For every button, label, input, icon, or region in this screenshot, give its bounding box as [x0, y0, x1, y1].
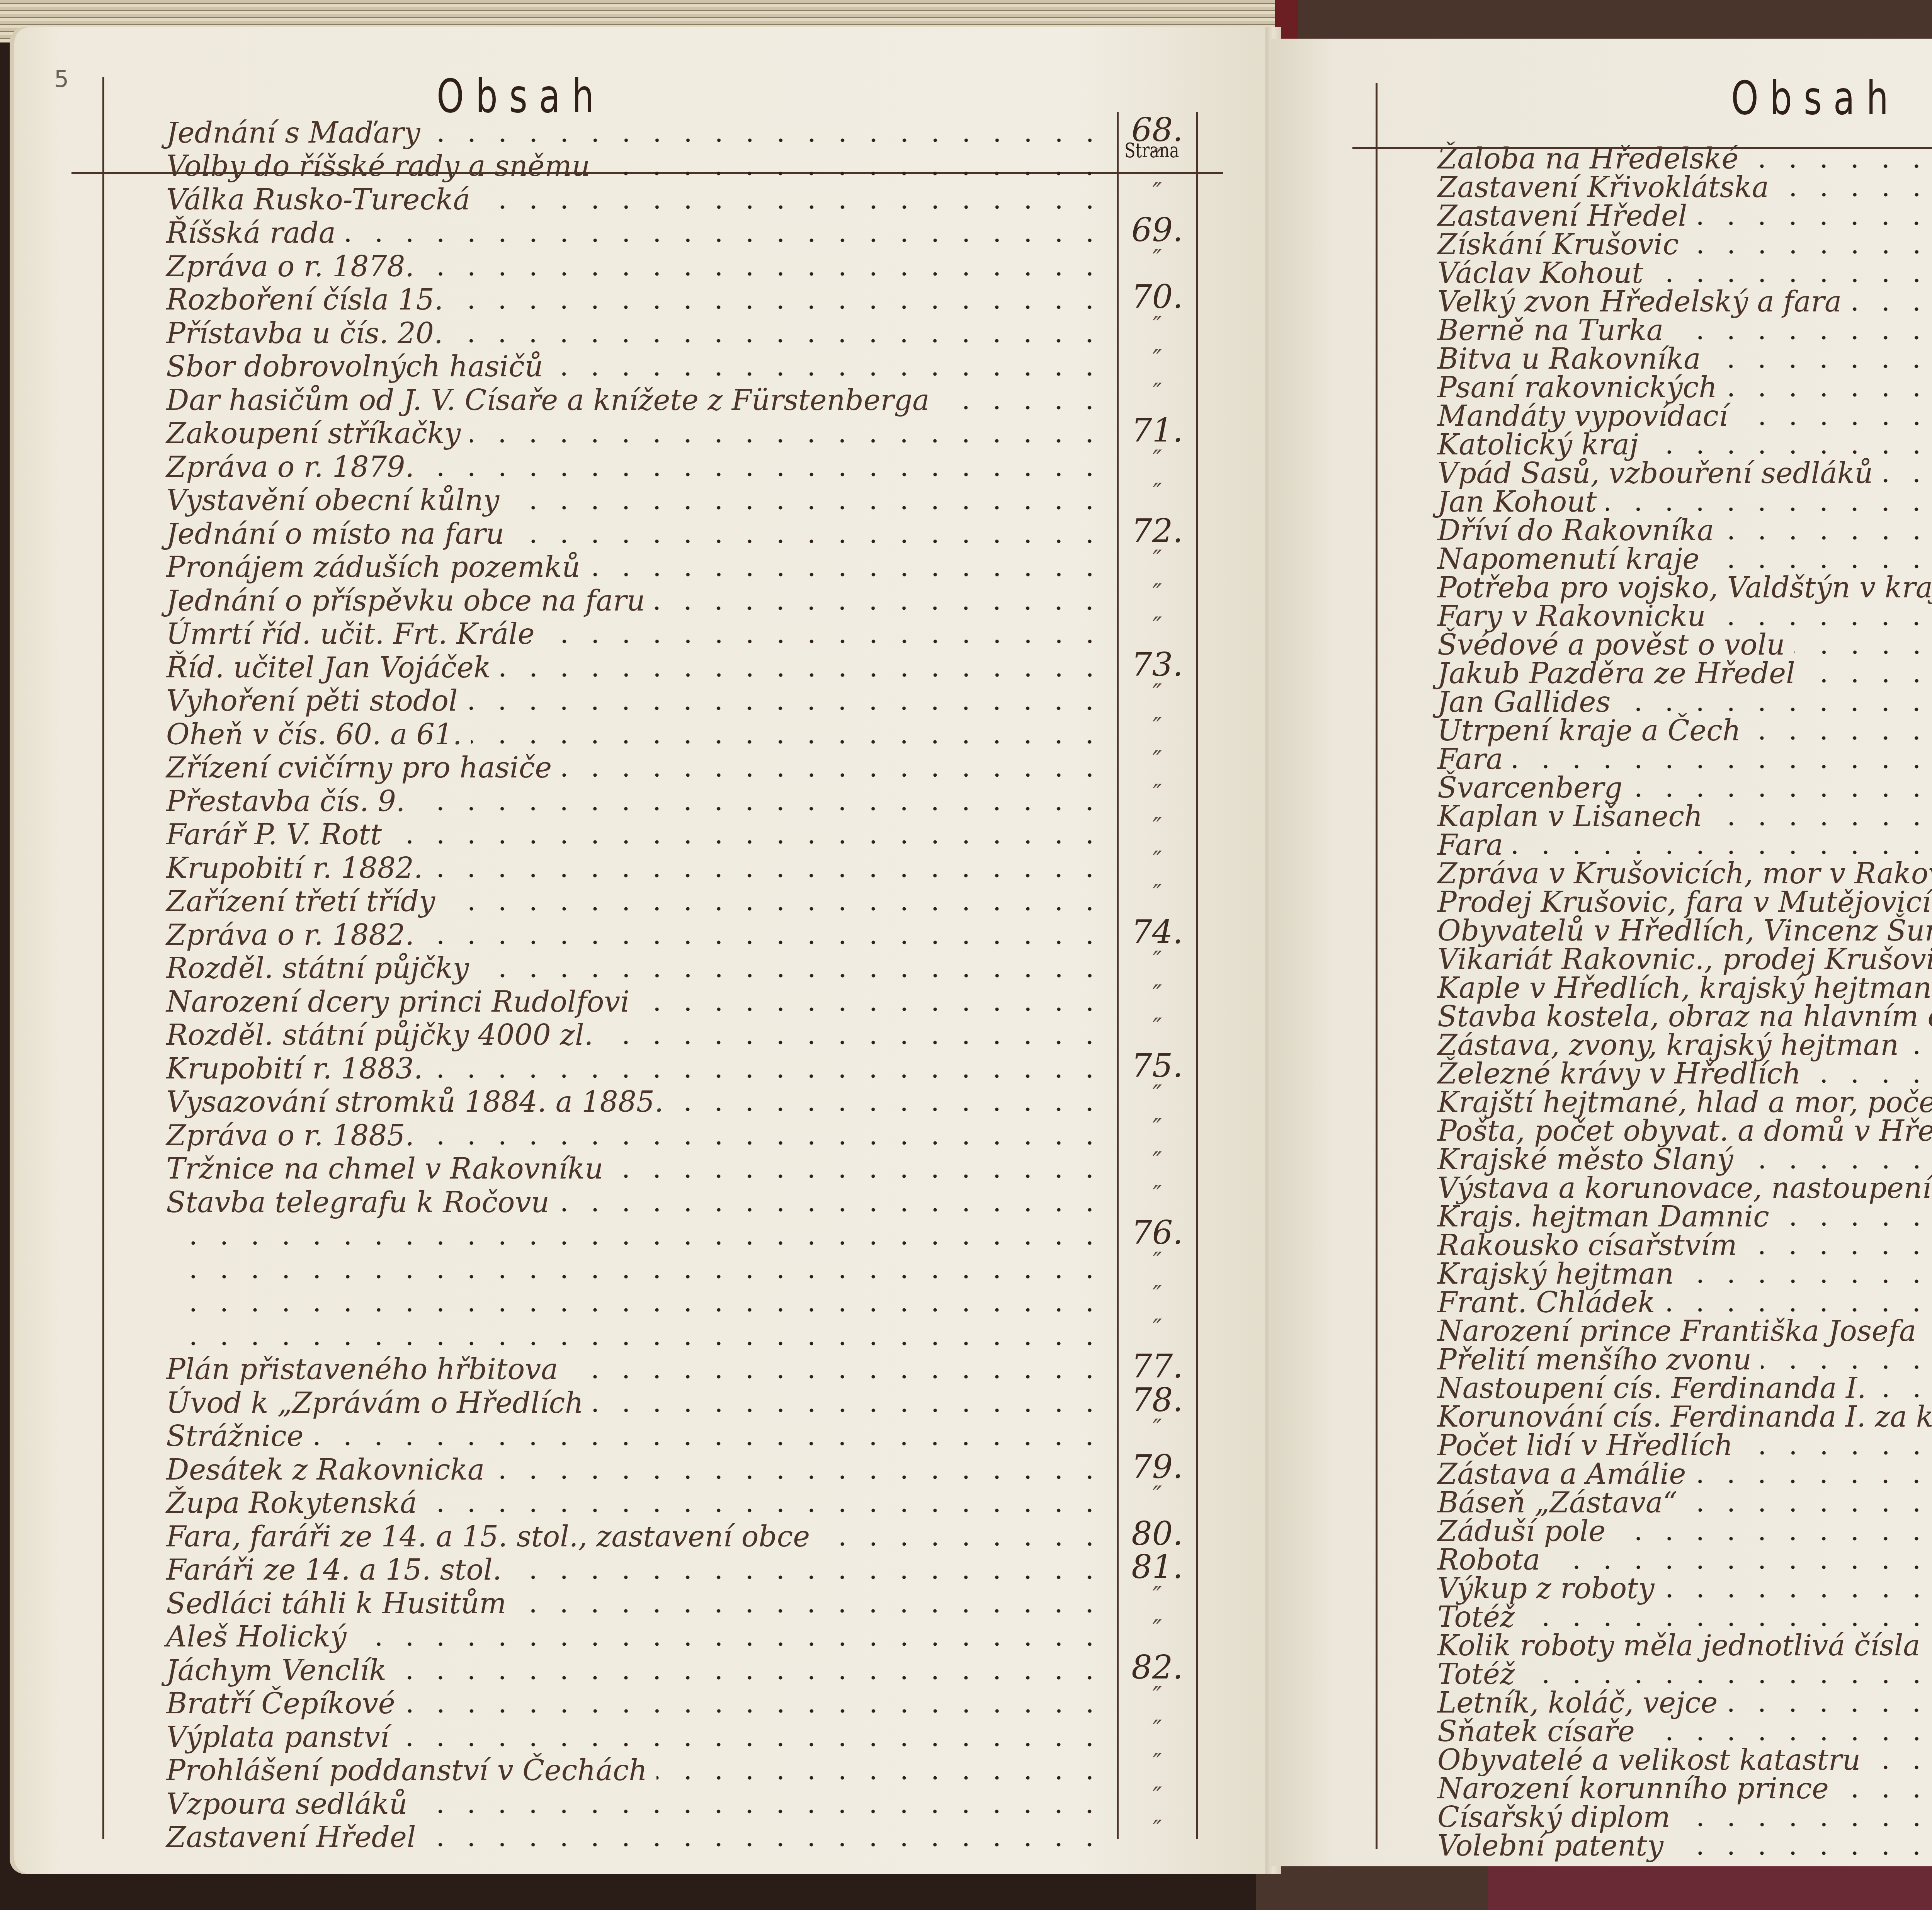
toc-entry-title: Narození dcery princi Rudolfovi [166, 985, 639, 1019]
toc-entry-title: Faráři ze 14. a 15. stol. [166, 1553, 511, 1587]
toc-entry-page-number: 74. [1119, 913, 1196, 951]
dot-leader [819, 1540, 1105, 1548]
toc-entry [166, 1286, 1105, 1320]
toc-entry-title: Fara, faráři ze 14. a 15. stol., zastave… [166, 1520, 819, 1553]
toc-entry: Zpráva o r. 1878. [166, 250, 1105, 283]
right-toc-list: Žaloba na HředelskéZastavení Křivoklátsk… [1437, 147, 1932, 1862]
dot-leader [444, 905, 1105, 913]
toc-entry-title: Sbor dobrovolných hasičů [166, 350, 552, 383]
toc-entry: Vysazování stromků 1884. a 1885. [166, 1085, 1105, 1119]
toc-entry-page-number: 77. [1119, 1347, 1196, 1385]
dot-leader [1673, 334, 1932, 342]
dot-leader [1727, 1706, 1932, 1714]
toc-entry-title: Farář P. V. Rott [166, 818, 391, 851]
dot-leader [1673, 1849, 1932, 1857]
dot-leader [1908, 1049, 1932, 1056]
dot-leader [500, 671, 1105, 679]
right-page-title: Obsah [1731, 71, 1900, 125]
toc-entry-title: Plán přistaveného hřbitova [166, 1353, 567, 1386]
toc-entry: Úvod k „Zprávám o Hředlích [166, 1386, 1105, 1420]
page-corner-mark: 5 [54, 66, 69, 93]
dot-leader [1726, 391, 1932, 399]
dot-leader [1696, 219, 1932, 227]
dot-leader [1710, 362, 1932, 370]
dot-leader [1925, 1335, 1932, 1342]
toc-entry: Volby do říšské rady a sněmu [166, 150, 1105, 183]
toc-entry-title: Krupobití r. 1882. [166, 852, 432, 885]
toc-entry-title: Župa Rokytenská [166, 1487, 426, 1520]
toc-entry: Farář P. V. Rott [166, 818, 1105, 852]
dot-leader [414, 805, 1105, 813]
dot-leader [1778, 191, 1932, 199]
dot-leader [639, 1005, 1105, 1013]
book-cover-top [1275, 0, 1932, 41]
toc-entry-title: Zařízení třetí třídy [166, 885, 444, 918]
toc-entry: Jednání s Maďary [166, 116, 1105, 150]
toc-entry [166, 1252, 1105, 1286]
toc-entry: Vyhoření pěti stodol [166, 684, 1105, 718]
toc-entry-title: Zpráva o r. 1885. [166, 1119, 423, 1152]
toc-entry-title: Volební patenty [1437, 1829, 1673, 1862]
dot-leader [175, 1306, 1105, 1314]
toc-entry: Jáchym Venclík [166, 1653, 1105, 1687]
toc-entry-page-number: 79. [1119, 1448, 1196, 1486]
toc-entry-title: Zakoupení stříkačky [166, 417, 470, 450]
toc-entry-page-number: 81. [1119, 1548, 1196, 1586]
dot-leader [1709, 563, 1932, 570]
toc-entry-page-number: ″ [1119, 1013, 1196, 1042]
toc-entry-page-number: ″ [1119, 612, 1196, 641]
toc-entry-title: Říšská rada [166, 216, 345, 250]
toc-entry-page-number: 72. [1119, 512, 1196, 550]
dot-leader [1512, 763, 1932, 770]
toc-entry-page-number: 70. [1119, 278, 1196, 316]
toc-entry-page-number: ″ [1119, 579, 1196, 607]
dot-leader [426, 1507, 1105, 1514]
dot-leader [1549, 1563, 1932, 1571]
toc-entry-title: Úmrtí říd. učit. Frt. Krále [166, 617, 544, 651]
dot-leader [1779, 1220, 1932, 1228]
toc-entry-page-number: ″ [1119, 1180, 1196, 1209]
toc-entry-page-number: 82. [1119, 1648, 1196, 1686]
dot-leader [1723, 534, 1932, 542]
dot-leader [1746, 1249, 1932, 1257]
toc-entry-page-number: ″ [1119, 1247, 1196, 1276]
toc-entry: Volební patenty [1437, 1834, 1932, 1862]
toc-entry-page-number: ″ [1119, 779, 1196, 808]
toc-entry-title: Aleš Holický [166, 1620, 356, 1653]
dot-leader [552, 370, 1105, 378]
toc-entry-title: Volby do říšské rady a sněmu [166, 150, 599, 183]
toc-entry-page-number: ″ [1119, 1414, 1196, 1443]
dot-leader [452, 303, 1105, 311]
toc-entry-title: Zpráva o r. 1882. [166, 918, 423, 952]
dot-leader [1929, 1649, 1932, 1657]
dot-leader [1810, 1077, 1932, 1085]
toc-entry-title: Výplata panství [166, 1721, 398, 1754]
dot-leader [593, 1407, 1105, 1414]
toc-entry-page-number: ″ [1119, 879, 1196, 908]
dot-leader [1680, 1821, 1932, 1828]
toc-entry-title: Krupobití r. 1883. [166, 1052, 432, 1085]
toc-entry-page-number: ″ [1119, 846, 1196, 875]
dot-leader [391, 838, 1105, 846]
toc-entry-page-number: ″ [1119, 1314, 1196, 1343]
dot-leader [1664, 1592, 1932, 1600]
toc-entry-page-number: ″ [1119, 478, 1196, 507]
dot-leader [398, 1741, 1105, 1748]
dot-leader [1615, 1535, 1932, 1543]
toc-entry: Župa Rokytenská [166, 1487, 1105, 1520]
toc-entry: Zastavení Hředel [166, 1821, 1105, 1854]
toc-entry-title: Pronájem záduších pozemků [166, 551, 590, 584]
toc-entry-title: Rozděl. státní půjčky 4000 zl. [166, 1019, 602, 1052]
dot-leader [1715, 620, 1932, 628]
toc-entry: Vzpoura sedláků [166, 1787, 1105, 1821]
dot-leader [1748, 162, 1932, 170]
dot-leader [1794, 648, 1932, 656]
toc-entry: Desátek z Rakovnicka [166, 1453, 1105, 1487]
toc-entry-title: Desátek z Rakovnicka [166, 1453, 494, 1487]
dot-leader [656, 1774, 1105, 1782]
left-page-title: Obsah [437, 70, 605, 123]
dot-leader [1524, 1678, 1932, 1685]
dot-leader [511, 1573, 1105, 1581]
dot-leader [544, 638, 1105, 645]
toc-entry: Válka Rusko-Turecká [166, 183, 1105, 216]
toc-entry [166, 1319, 1105, 1353]
dot-leader [1632, 791, 1932, 799]
dot-leader [356, 1640, 1105, 1648]
toc-entry-title: Dar hasičům od J. V. Císaře a knížete z … [166, 384, 939, 417]
dot-leader [654, 604, 1105, 612]
dot-leader [1761, 1363, 1932, 1371]
toc-entry: Rozděl. státní půjčky 4000 zl. [166, 1019, 1105, 1052]
toc-entry-page-number: ″ [1119, 1114, 1196, 1142]
toc-entry: Zakoupení stříkačky [166, 417, 1105, 451]
toc-entry-title: Oheň v čís. 60. a 61. [166, 718, 471, 751]
dot-leader [515, 1607, 1105, 1615]
toc-entry: Vystavění obecní kůlny [166, 484, 1105, 517]
toc-entry-page-number: ″ [1119, 1682, 1196, 1710]
toc-entry-page-number: ″ [1119, 1281, 1196, 1309]
dot-leader [396, 1674, 1105, 1682]
toc-entry-title: Sedláci táhli k Husitům [166, 1587, 515, 1620]
dot-leader [423, 270, 1105, 278]
toc-entry-page-number: ″ [1119, 1815, 1196, 1844]
dot-leader [1606, 505, 1932, 513]
dot-leader [480, 203, 1105, 211]
dot-leader [1882, 477, 1932, 485]
left-toc-list: Jednání s MaďaryVolby do říšské rady a s… [166, 116, 1105, 1854]
toc-entry: Rozboření čísla 15. [166, 283, 1105, 317]
toc-entry-title: Vyhoření pěti stodol [166, 684, 467, 718]
toc-entry-page-number: ″ [1119, 144, 1196, 173]
dot-leader [1648, 448, 1932, 456]
toc-entry-page-number: ″ [1119, 1481, 1196, 1510]
dot-leader [939, 404, 1105, 412]
toc-entry-title: Bratří Čepíkové [166, 1687, 405, 1720]
dot-leader [612, 1172, 1105, 1180]
dot-leader [590, 571, 1105, 578]
toc-entry: Zpráva o r. 1879. [166, 450, 1105, 484]
dot-leader [1687, 1506, 1932, 1514]
toc-entry: Tržnice na chmel v Rakovníku [166, 1152, 1105, 1186]
toc-entry: Prohlášení poddanství v Čechách [166, 1754, 1105, 1788]
dot-leader [567, 1373, 1105, 1381]
toc-entry-title: Zpráva o r. 1878. [166, 250, 423, 283]
toc-entry-title: Strážnice [166, 1420, 313, 1453]
dot-leader [175, 1239, 1105, 1247]
dot-leader [1804, 677, 1932, 685]
toc-entry-title: Jáchym Venclík [166, 1654, 396, 1687]
toc-entry-title: Zastavení Hředel [166, 1821, 425, 1854]
dot-leader [1512, 849, 1932, 856]
toc-entry-title: Přístavba u čís. 20. [166, 317, 452, 350]
toc-entry-title: Vystavění obecní kůlny [166, 484, 509, 517]
dot-leader [425, 1841, 1105, 1849]
toc-entry: Faráři ze 14. a 15. stol. [166, 1553, 1105, 1587]
dot-leader [1870, 1764, 1932, 1771]
toc-entry-page-number: ″ [1119, 1080, 1196, 1109]
toc-entry-title: Jednání o příspěvku obce na faru [166, 584, 654, 617]
toc-entry: Bratří Čepíkové [166, 1687, 1105, 1721]
toc-entry-title: Říd. učitel Jan Vojáček [166, 651, 500, 684]
toc-entry-page-number: ″ [1119, 245, 1196, 273]
toc-entry-page-number: ″ [1119, 1715, 1196, 1744]
dot-leader [1524, 1621, 1932, 1628]
left-right-margin-rule [1196, 112, 1198, 1839]
toc-entry-title: Rozboření čísla 15. [166, 283, 452, 316]
dot-leader [467, 704, 1105, 712]
dot-leader [423, 471, 1105, 478]
dot-leader [1664, 1306, 1932, 1314]
dot-leader [1737, 420, 1932, 427]
toc-entry-title: Válka Rusko-Turecká [166, 183, 480, 216]
toc-entry: Narození dcery princi Rudolfovi [166, 985, 1105, 1019]
toc-entry: Oheň v čís. 60. a 61. [166, 718, 1105, 751]
dot-leader [405, 1707, 1105, 1715]
toc-entry: Přestavba čís. 9. [166, 784, 1105, 818]
toc-entry-page-number: ″ [1119, 1748, 1196, 1777]
toc-entry: Říd. učitel Jan Vojáček [166, 651, 1105, 684]
toc-entry-page-number: ″ [1119, 1147, 1196, 1175]
toc-entry: Dar hasičům od J. V. Císaře a knížete z … [166, 383, 1105, 417]
dot-leader [561, 771, 1105, 779]
right-margin-rule [1376, 83, 1378, 1849]
toc-entry-page-number: ″ [1119, 378, 1196, 407]
toc-entry: Pronájem záduších pozemků [166, 551, 1105, 584]
toc-entry-page-number: ″ [1119, 713, 1196, 741]
toc-entry-page-number: 68. [1119, 111, 1196, 149]
dot-leader [1876, 1392, 1932, 1400]
toc-entry-page-number: ″ [1119, 1582, 1196, 1610]
toc-entry: Sbor dobrovolných hasičů [166, 350, 1105, 384]
dot-leader [1750, 734, 1932, 742]
dot-leader [423, 939, 1105, 946]
toc-entry: Přístavba u čís. 20. [166, 316, 1105, 350]
toc-entry: Jednání o příspěvku obce na faru [166, 584, 1105, 617]
toc-entry-title: Přestavba čís. 9. [166, 785, 414, 818]
toc-entry: Sedláci táhli k Husitům [166, 1587, 1105, 1620]
toc-entry: Aleš Holický [166, 1620, 1105, 1654]
dot-leader [599, 170, 1105, 177]
dot-leader [471, 738, 1105, 746]
toc-entry: Úmrtí říd. učit. Frt. Krále [166, 617, 1105, 651]
toc-entry: Výplata panství [166, 1720, 1105, 1754]
dot-leader [345, 236, 1105, 244]
dot-leader [1688, 248, 1932, 256]
toc-entry-page-number: ″ [1119, 178, 1196, 206]
toc-entry-title: Jednání s Maďary [166, 116, 430, 150]
dot-leader [470, 437, 1105, 445]
toc-entry: Plán přistaveného hřbitova [166, 1353, 1105, 1386]
toc-entry-title: Vysazování stromků 1884. a 1885. [166, 1085, 673, 1119]
toc-entry-title: Zřízení cvičírny pro hasiče [166, 751, 561, 784]
toc-entry-page-number: 73. [1119, 646, 1196, 684]
dot-leader [1644, 1735, 1932, 1743]
toc-entry-page-number: ″ [1119, 813, 1196, 841]
toc-entry-page-number: ″ [1119, 679, 1196, 708]
dot-leader [1851, 305, 1932, 313]
toc-entry: Jednání o místo na faru [166, 517, 1105, 551]
toc-entry-title: Zpráva o r. 1879. [166, 451, 423, 484]
toc-entry: Zpráva o r. 1882. [166, 918, 1105, 952]
dot-leader [478, 972, 1105, 980]
toc-entry-page-number: ″ [1119, 345, 1196, 373]
dot-leader [423, 1139, 1105, 1147]
toc-entry: Strážnice [166, 1420, 1105, 1453]
toc-entry-page-number: ″ [1119, 980, 1196, 1009]
dot-leader [509, 504, 1105, 512]
toc-entry-page-number: 75. [1119, 1047, 1196, 1085]
dot-leader [673, 1106, 1105, 1113]
toc-entry-page-number: 76. [1119, 1214, 1196, 1252]
toc-entry: Zpráva o r. 1885. [166, 1119, 1105, 1152]
dot-leader [559, 1206, 1105, 1214]
toc-entry: Zřízení cvičírny pro hasiče [166, 751, 1105, 785]
toc-entry: Zařízení třetí třídy [166, 885, 1105, 918]
dot-leader [452, 337, 1105, 345]
toc-entry: Rozděl. státní půjčky [166, 952, 1105, 985]
toc-entry-page-number: ″ [1119, 311, 1196, 340]
dot-leader [175, 1273, 1105, 1281]
toc-entry-title: Úvod k „Zprávám o Hředlích [166, 1386, 593, 1420]
toc-entry-title: Rozděl. státní půjčky [166, 952, 478, 985]
toc-entry-page-number: 69. [1119, 211, 1196, 249]
toc-entry-page-number: ″ [1119, 1615, 1196, 1643]
toc-entry-page-number: ″ [1119, 946, 1196, 975]
toc-entry-page-number: ″ [1119, 746, 1196, 774]
dot-leader [1620, 706, 1932, 713]
dot-leader [514, 537, 1105, 545]
toc-entry: Stavba telegrafu k Ročovu [166, 1185, 1105, 1219]
toc-entry-title: Tržnice na chmel v Rakovníku [166, 1152, 612, 1185]
toc-entry-page-number: ″ [1119, 1782, 1196, 1811]
dot-leader [313, 1440, 1105, 1447]
left-margin-rule [102, 77, 104, 1839]
toc-entry-page-number: 71. [1119, 412, 1196, 449]
toc-entry: Krupobití r. 1882. [166, 851, 1105, 885]
toc-entry [166, 1219, 1105, 1253]
dot-leader [494, 1473, 1105, 1481]
dot-leader [432, 1072, 1105, 1080]
dot-leader [1695, 1478, 1932, 1485]
dot-leader [602, 1039, 1105, 1046]
toc-entry: Říšská rada [166, 216, 1105, 250]
toc-entry: Fara, faráři ze 14. a 15. stol., zastave… [166, 1520, 1105, 1553]
dot-leader [175, 1340, 1105, 1347]
toc-entry-page-number: ″ [1119, 445, 1196, 474]
dot-leader [1683, 1277, 1932, 1285]
toc-entry-title: Vzpoura sedláků [166, 1788, 417, 1821]
dot-leader [1742, 1449, 1932, 1457]
toc-entry-title: Prohlášení poddanství v Čechách [166, 1754, 656, 1787]
toc-entry-title: Stavba telegrafu k Ročovu [166, 1186, 559, 1219]
dot-leader [417, 1808, 1105, 1815]
dot-leader [432, 872, 1105, 879]
dot-leader [1653, 277, 1932, 284]
toc-entry-page-number: 80. [1119, 1515, 1196, 1553]
dot-leader [1838, 1792, 1932, 1800]
toc-entry-page-number: 78. [1119, 1381, 1196, 1419]
toc-entry-title: Jednání o místo na faru [166, 517, 514, 551]
toc-entry-page-number: ″ [1119, 545, 1196, 574]
dot-leader [1712, 820, 1932, 828]
dot-leader [430, 136, 1105, 144]
toc-entry: Krupobití r. 1883. [166, 1052, 1105, 1085]
dot-leader [1743, 1163, 1932, 1171]
